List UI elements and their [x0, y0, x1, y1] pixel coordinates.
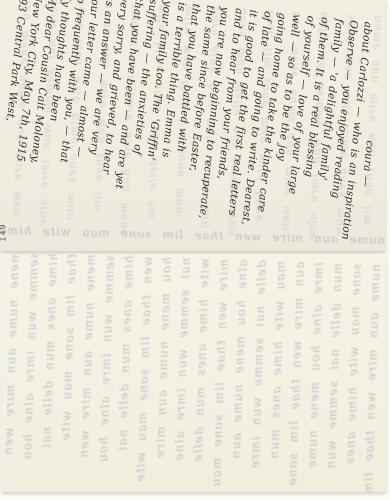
bleedthrough-bottom-layer: nume aun mire wen thae lim sone mau wite… [4, 254, 386, 492]
letter-page-bottom: nume aun mire wen thae lim sone mau wite… [2, 254, 386, 492]
page-number-annotation: 149 [0, 223, 8, 241]
letter-scan: nume aun mire wen thae lim sone mau wite… [0, 0, 390, 500]
letter-page-top: nume aun mire wen thae lim sone mau wite… [0, 0, 385, 251]
letter-text-block: 393 Central Park West, New York City, Ma… [0, 0, 385, 251]
